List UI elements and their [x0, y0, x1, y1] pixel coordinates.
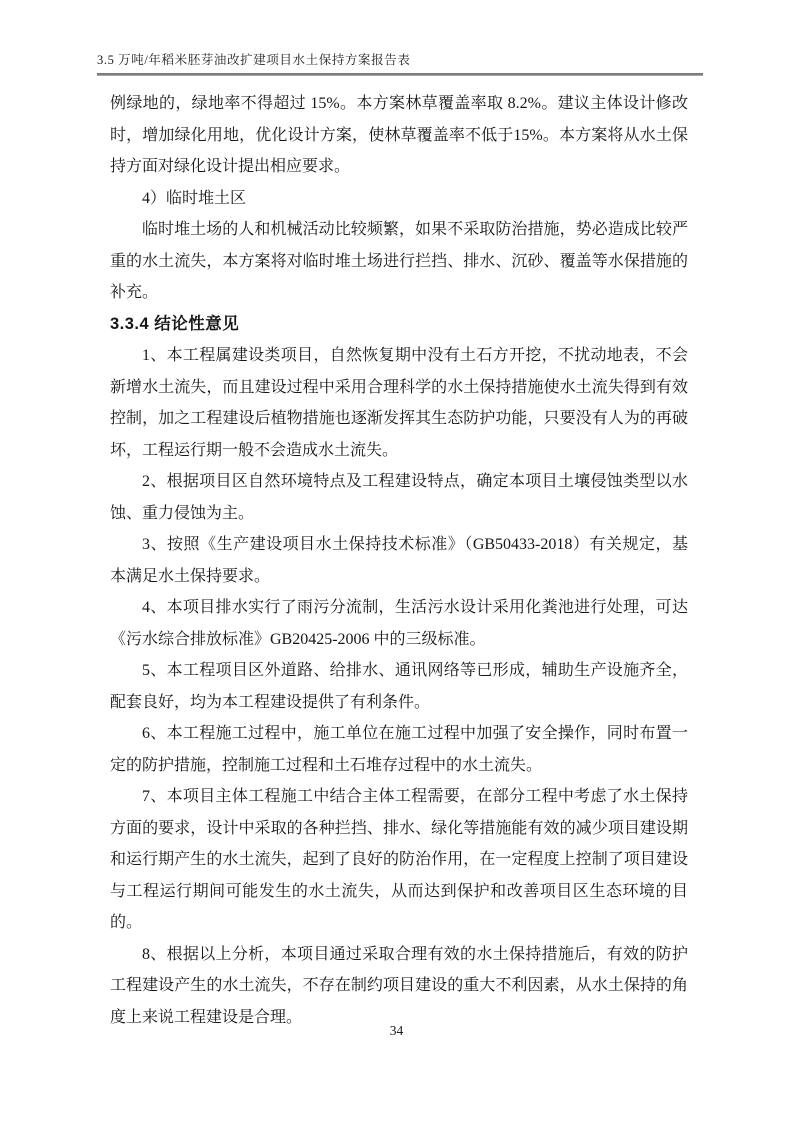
page-footer: 34 [0, 1022, 793, 1040]
conclusion-item-1: 1、本工程属建设类项目，自然恢复期中没有土石方开挖，不扰动地表，不会新增水土流失… [110, 340, 688, 466]
document-page: 3.5 万吨/年稻米胚芽油改扩建项目水土保持方案报告表 例绿地的，绿地率不得超过… [0, 0, 793, 1122]
header-rule [97, 73, 703, 76]
section-heading-conclusions: 3.3.4 结论性意见 [110, 309, 688, 341]
conclusion-item-7: 7、本项目主体工程施工中结合主体工程需要，在部分工程中考虑了水土保持方面的要求，… [110, 781, 688, 939]
paragraph-temporary-stockpile-measures: 临时堆土场的人和机械活动比较频繁，如果不采取防治措施，势必造成比较严重的水土流失… [110, 214, 688, 309]
page-number: 34 [390, 1023, 404, 1038]
conclusion-item-2: 2、根据项目区自然环境特点及工程建设特点，确定本项目土壤侵蚀类型以水蚀、重力侵蚀… [110, 466, 688, 529]
conclusion-item-8: 8、根据以上分析，本项目通过采取合理有效的水土保持措施后，有效的防护工程建设产生… [110, 939, 688, 1034]
conclusion-item-5: 5、本工程项目区外道路、给排水、通讯网络等已形成，辅助生产设施齐全，配套良好，均… [110, 655, 688, 718]
conclusion-item-4: 4、本项目排水实行了雨污分流制，生活污水设计采用化粪池进行处理，可达《污水综合排… [110, 592, 688, 655]
conclusion-item-3: 3、按照《生产建设项目水土保持技术标准》（GB50433-2018）有关规定，基… [110, 529, 688, 592]
page-header: 3.5 万吨/年稻米胚芽油改扩建项目水土保持方案报告表 [97, 50, 703, 76]
paragraph-green-coverage: 例绿地的，绿地率不得超过 15%。本方案林草覆盖率取 8.2%。建议主体设计修改… [110, 88, 688, 183]
subheading-temporary-stockpile-area: 4）临时堆土区 [110, 183, 688, 215]
document-body: 例绿地的，绿地率不得超过 15%。本方案林草覆盖率取 8.2%。建议主体设计修改… [110, 88, 688, 1033]
running-header-title: 3.5 万吨/年稻米胚芽油改扩建项目水土保持方案报告表 [97, 50, 703, 73]
conclusion-item-6: 6、本工程施工过程中，施工单位在施工过程中加强了安全操作，同时布置一定的防护措施… [110, 718, 688, 781]
